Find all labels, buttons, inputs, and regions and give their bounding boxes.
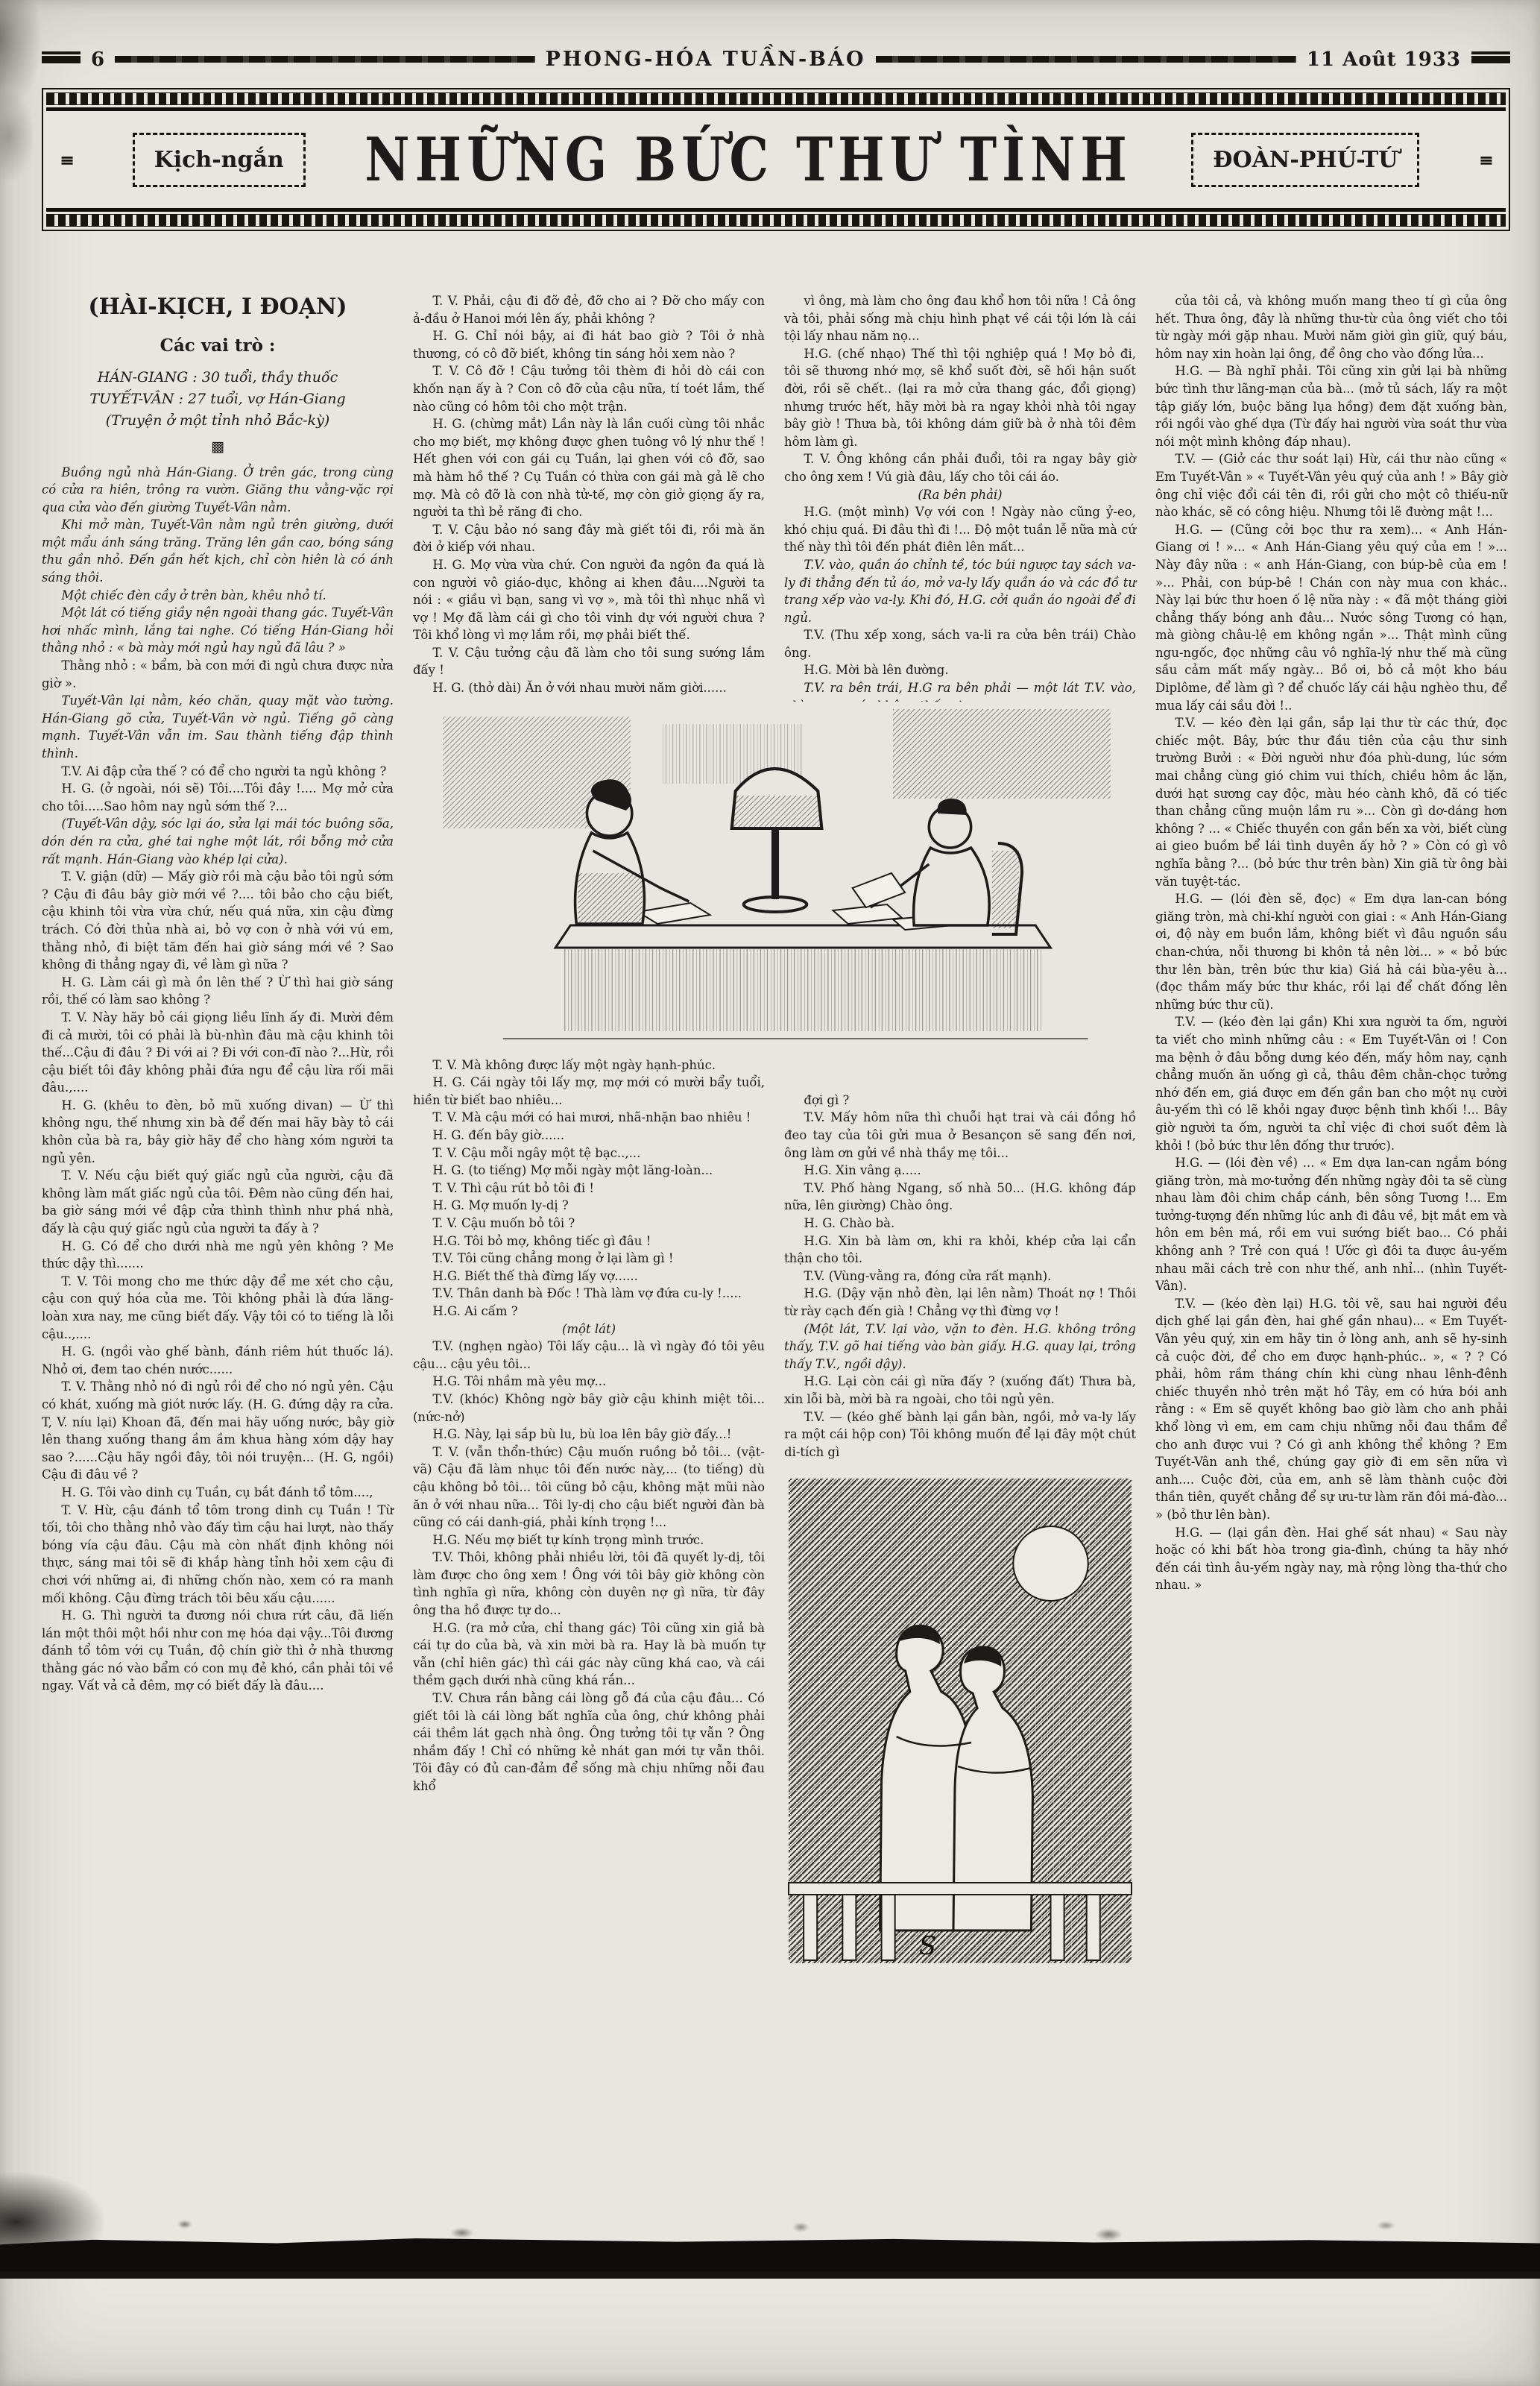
paragraph: H. G. Chỉ nói bậy, ai đi hát bao giờ ? T…	[413, 327, 765, 362]
page-header: 6 PHONG-HÓA TUẦN-BÁO 11 Août 1933	[42, 48, 1510, 71]
article-title: NHỮNG BỨC THƯ TÌNH	[365, 124, 1132, 195]
paragraph: T. V. Thằng nhỏ nó đi ngủ rồi để cho nó …	[42, 1378, 394, 1484]
paragraph: T. V. Mà cậu mới có hai mươi, nhã-nhặn b…	[413, 1109, 765, 1127]
paragraph: T.V. vào, quần áo chỉnh tề, tóc búi ngượ…	[784, 556, 1136, 626]
page-number: 6	[91, 48, 104, 71]
paragraph: H. G. (to tiếng) Mợ mỗi ngày một lăng-lo…	[413, 1162, 765, 1180]
paragraph: (Truyện ở một tỉnh nhỏ Bắc-kỳ)	[42, 411, 394, 431]
paragraph: TUYẾT-VÂN : 27 tuổi, vợ Hán-Giang	[42, 389, 394, 409]
paragraph: H.G. Mời bà lên đường.	[784, 661, 1136, 679]
ornament-border-top	[46, 92, 1506, 105]
ornament-border-bottom	[46, 214, 1506, 227]
paragraph: H.G. (chế nhạo) Thế thì tội nghiệp quá !…	[784, 345, 1136, 451]
scan-smudge-top-left	[0, 0, 89, 194]
scan-speckles-bottom	[0, 2185, 1540, 2241]
paragraph: H. G. Có để cho dưới nhà me ngủ yên khôn…	[42, 1238, 394, 1273]
tick-mark-right: ≡	[1479, 149, 1492, 171]
paragraph: Các vai trò :	[42, 334, 394, 359]
paragraph: T.V. Ai đập cửa thế ? có để cho người ta…	[42, 763, 394, 781]
paragraph: Khi mở màn, Tuyết-Vân nằm ngủ trên giườn…	[42, 516, 394, 586]
illustration-moon-couple: S	[784, 1468, 1136, 1972]
paragraph: H. G. (ở ngoài, nói sẽ) Tôi....Tôi đây !…	[42, 780, 394, 815]
paragraph: H.G. (ra mở cửa, chỉ thang gác) Tôi cũng…	[413, 1619, 765, 1690]
paragraph: T.V. Phố hàng Ngang, số nhà 50... (H.G. …	[784, 1180, 1136, 1215]
newspaper-page: 6 PHONG-HÓA TUẦN-BÁO 11 Août 1933 ≡ Kịch…	[0, 0, 1540, 2386]
column-1: (HÀI-KỊCH, I ĐOẠN)Các vai trò :HÁN-GIANG…	[42, 292, 394, 2386]
artist-signature: S	[919, 1931, 936, 1961]
paragraph: T. V. Tôi mong cho me thức dậy để me xét…	[42, 1273, 394, 1343]
article-body: (HÀI-KỊCH, I ĐOẠN)Các vai trò :HÁN-GIANG…	[42, 292, 1507, 2386]
paragraph: T.V. Thân danh bà Đốc ! Thà làm vợ đứa c…	[413, 1285, 765, 1303]
paragraph: T. V. Ông không cần phải đuổi, tôi ra ng…	[784, 450, 1136, 485]
paragraph: H.G. Lại còn cái gì nữa đấy ? (xuống đất…	[784, 1373, 1136, 1408]
paragraph: H. G. (ngồi vào ghế bành, đánh riêm hút …	[42, 1343, 394, 1378]
title-banner-core: ≡ Kịch-ngắn NHỮNG BỨC THƯ TÌNH ĐOÀN-PHÚ-…	[46, 107, 1506, 212]
header-rule-right-end	[1471, 54, 1510, 65]
paragraph: H. G. Chào bà.	[784, 1215, 1136, 1233]
lamp-scene-drawing	[413, 702, 1136, 1052]
paragraph: H.G. — (lói đèn về) ... « Em dựa lan-can…	[1155, 1154, 1507, 1295]
paragraph: HÁN-GIANG : 30 tuổi, thầy thuốc	[42, 368, 394, 388]
paragraph: (HÀI-KỊCH, I ĐOẠN)	[42, 294, 394, 321]
paragraph: T. V. Phải, cậu đi đỡ đẻ, đỡ cho ai ? Đỡ…	[413, 292, 765, 327]
paragraph: T.V. Chưa rắn bằng cái lòng gỗ đá của cậ…	[413, 1690, 765, 1795]
paragraph: H. G. Tôi vào dinh cụ Tuần, cụ bắt đánh …	[42, 1484, 394, 1502]
paragraph: đợi gì ?	[784, 1092, 1136, 1109]
paragraph: vì ông, mà làm cho ông đau khổ hơn tôi n…	[784, 292, 1136, 345]
paragraph: H.G. Xin bà làm ơn, khi ra khỏi, khép cử…	[784, 1233, 1136, 1268]
title-banner: ≡ Kịch-ngắn NHỮNG BỨC THƯ TÌNH ĐOÀN-PHÚ-…	[42, 88, 1510, 231]
paragraph: T. V. Nếu cậu biết quý giấc ngủ của ngườ…	[42, 1167, 394, 1237]
ink-blotch-bottom-left	[0, 2132, 164, 2244]
column-4: của tôi cả, và không muốn mang theo tí g…	[1155, 292, 1507, 2386]
paragraph: H.G. — (lại gần đèn. Hai ghế sát nhau) «…	[1155, 1524, 1507, 1594]
column-2: T. V. Phải, cậu đi đỡ đẻ, đỡ cho ai ? Đỡ…	[413, 292, 765, 2386]
paragraph: H. G. Thì người ta đương nói chưa rứt câ…	[42, 1607, 394, 1695]
ink-band-bottom-thin	[0, 2271, 1540, 2279]
paragraph: T.V. (Vùng-vằng ra, đóng cửa rất mạnh).	[784, 1268, 1136, 1285]
header-rule-left	[115, 56, 534, 63]
paragraph: H.G. — (lói đèn sẽ, đọc) « Em dựa lan-ca…	[1155, 890, 1507, 1013]
paragraph: T. V. Cô đỡ ! Cậu tưởng tôi thèm đi hỏi …	[413, 362, 765, 415]
paragraph: H.G. (một mình) Vợ với con ! Ngày nào cũ…	[784, 503, 1136, 556]
paragraph: T. V. giận (dữ) — Mấy giờ rồi mà cậu bảo…	[42, 868, 394, 974]
paragraph: H.G. Tôi nhầm mà yêu mợ...	[413, 1373, 765, 1391]
paragraph: H.G. — Bà nghĩ phải. Tôi cũng xin gửi lạ…	[1155, 362, 1507, 450]
paragraph: H.G. Biết thế thà đừng lấy vợ......	[413, 1268, 765, 1285]
paragraph: Buồng ngủ nhà Hán-Giang. Ở trên gác, tro…	[42, 464, 394, 517]
paragraph: của tôi cả, và không muốn mang theo tí g…	[1155, 292, 1507, 362]
paragraph: T. V. Này hãy bỏ cái giọng liều lĩnh ấy …	[42, 1009, 394, 1097]
paragraph: H.G. Tôi bỏ mợ, không tiếc gì đâu !	[413, 1233, 765, 1250]
paragraph: H.G. Ai cấm ?	[413, 1303, 765, 1321]
paragraph: T. V. Mà không được lấy một ngày hạnh-ph…	[413, 1057, 765, 1074]
paragraph: (một lát)	[413, 1321, 765, 1338]
paragraph: H. G. đến bây giờ......	[413, 1127, 765, 1145]
paragraph: H.G. Nếu mợ biết tự kính trọng mình trướ…	[413, 1532, 765, 1549]
paragraph: H.G. Này, lại sắp bù lu, bù loa lên bây …	[413, 1426, 765, 1444]
paragraph: T. V. (vẫn thổn-thức) Cậu muốn ruồng bỏ …	[413, 1444, 765, 1532]
paragraph: T.V. (Thu xếp xong, sách va-li ra cửa bê…	[784, 626, 1136, 661]
paragraph: T.V. — (kéo đèn lại) H.G. tôi vẽ, sau ha…	[1155, 1295, 1507, 1524]
paragraph: T.V. Thôi, không phải nhiều lời, tôi đã …	[413, 1549, 765, 1619]
genre-box: Kịch-ngắn	[133, 133, 306, 187]
paragraph: T. V. Cậu muốn bỏ tôi ?	[413, 1215, 765, 1233]
header-rule-right	[876, 56, 1296, 63]
paragraph: T.V. — kéo đèn lại gần, sắp lại thư từ c…	[1155, 714, 1507, 890]
paragraph: H. G. Cái ngày tôi lấy mợ, mợ mới có mườ…	[413, 1074, 765, 1109]
ink-band-bottom	[0, 2238, 1540, 2273]
paragraph: (Ra bên phải)	[784, 486, 1136, 504]
paragraph: H.G. — (Cũng cởi bọc thư ra xem)... « An…	[1155, 521, 1507, 715]
paragraph: T.V. Tôi cũng chẳng mong ở lại làm gì !	[413, 1250, 765, 1268]
paragraph: H. G. (khêu to đèn, bỏ mũ xuống divan) —…	[42, 1097, 394, 1167]
paragraph: T.V. Mấy hôm nữa thì chuỗi hạt trai và c…	[784, 1109, 1136, 1162]
paragraph: H.G. Xin vâng ạ.....	[784, 1162, 1136, 1180]
paragraph: T. V. Cậu tưởng cậu đã làm cho tôi sung …	[413, 644, 765, 679]
paragraph: T. V. Hừ, cậu đánh tổ tôm trong dinh cụ …	[42, 1502, 394, 1608]
paragraph: H.G. (Dậy vặn nhỏ đèn, lại lên nằm) Thoá…	[784, 1285, 1136, 1320]
issue-date: 11 Août 1933	[1307, 48, 1461, 71]
paragraph: H. G. Làm cái gì mà ồn lên thế ? Ừ thì h…	[42, 974, 394, 1009]
column-3: vì ông, mà làm cho ông đau khổ hơn tôi n…	[784, 292, 1136, 2386]
paragraph: Thằng nhỏ : « bẩm, bà con mới đi ngủ chư…	[42, 657, 394, 692]
paragraph: H. G. Mợ muốn ly-dị ?	[413, 1197, 765, 1215]
author-box: ĐOÀN-PHÚ-TỨ	[1191, 133, 1419, 187]
paragraph: (Tuyết-Vân dậy, sóc lại áo, sửa lại mái …	[42, 815, 394, 868]
paragraph: H. G. (chừng mắt) Lần này là lần cuối cù…	[413, 415, 765, 521]
paragraph: T.V. — (Giở các thư soát lại) Hừ, cái th…	[1155, 450, 1507, 520]
illustration-lamp-scene	[413, 702, 765, 1052]
paragraph: ▩	[42, 437, 394, 457]
paragraph: T.V. (nghẹn ngào) Tôi lấy cậu... là vì n…	[413, 1338, 765, 1373]
paragraph: T.V. — (kéo đèn lại gần) Khi xưa người t…	[1155, 1013, 1507, 1154]
paragraph: T. V. Thì cậu rút bỏ tôi đi !	[413, 1180, 765, 1197]
paragraph: (Một lát, T.V. lại vào, vặn to đèn. H.G.…	[784, 1321, 1136, 1373]
paragraph: Tuyết-Vân lại nằm, kéo chăn, quay mặt và…	[42, 692, 394, 762]
paragraph: T. V. Cậu mỗi ngây một tệ bạc..,...	[413, 1145, 765, 1162]
paragraph: Một chiếc đèn cầy ở trên bàn, khêu nhỏ t…	[42, 587, 394, 605]
paragraph: Một lát có tiếng giầy nện ngoài thang gá…	[42, 604, 394, 657]
paragraph: H. G. (thở dài) Ăn ở với nhau mười năm g…	[413, 679, 765, 697]
paragraph: H. G. Mợ vừa vừa chứ. Con người đa ngôn …	[413, 556, 765, 644]
paragraph: T. V. Cậu bảo nó sang đây mà giết tôi đi…	[413, 521, 765, 556]
paragraph: T.V. (khóc) Không ngờ bây giờ cậu khinh …	[413, 1391, 765, 1426]
masthead: PHONG-HÓA TUẦN-BÁO	[546, 48, 866, 71]
paragraph: T.V. — (kéo ghế bành lại gần bàn, ngồi, …	[784, 1408, 1136, 1461]
